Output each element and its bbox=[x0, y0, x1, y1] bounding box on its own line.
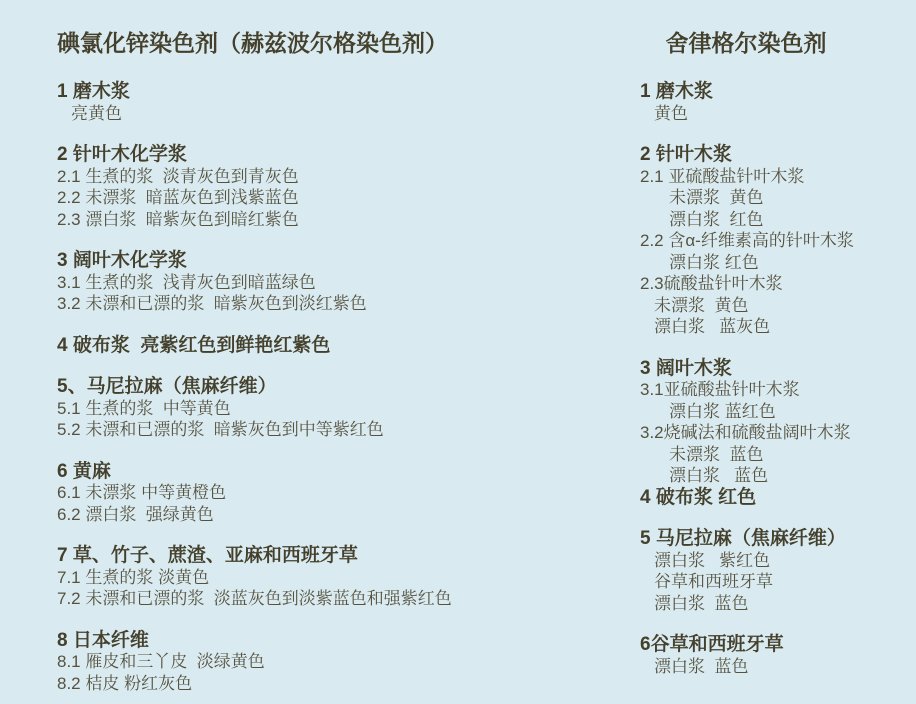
section-line: 未漂浆 黄色 bbox=[640, 187, 852, 209]
section: 1 磨木浆 亮黄色 bbox=[57, 81, 507, 124]
section: 3 阔叶木浆 3.1亚硫酸盐针叶木浆漂白浆 蓝红色3.2烧碱法和硫酸盐阔叶木浆未… bbox=[640, 358, 852, 487]
section-heading: 1 磨木浆 bbox=[640, 81, 852, 103]
section-line: 7.1 生煮的浆 淡黄色 bbox=[57, 567, 507, 589]
section-line: 3.1 生煮的浆 浅青灰色到暗蓝绿色 bbox=[57, 272, 507, 294]
section-heading: 2 针叶木浆 bbox=[640, 144, 852, 166]
section-line: 3.2 未漂和已漂的浆 暗紫灰色到淡红紫色 bbox=[57, 293, 507, 315]
left-column-title: 碘氯化锌染色剂（赫兹波尔格染色剂） bbox=[57, 30, 507, 56]
document-page: 碘氯化锌染色剂（赫兹波尔格染色剂） 1 磨木浆 亮黄色 2 针叶木化学浆 2.1… bbox=[0, 0, 916, 704]
right-column: 舍律格尔染色剂 1 磨木浆 黄色 2 针叶木浆 2.1 亚硫酸盐针叶木浆未漂浆 … bbox=[640, 30, 852, 677]
section-line: 6.1 未漂浆 中等黄橙色 bbox=[57, 482, 507, 504]
section-heading: 5 马尼拉麻（焦麻纤维） bbox=[640, 528, 852, 550]
section-heading: 5、马尼拉麻（焦麻纤维） bbox=[57, 376, 507, 398]
section-line: 未漂浆 蓝色 bbox=[640, 444, 852, 466]
section: 6谷草和西班牙草 漂白浆 蓝色 bbox=[640, 634, 852, 677]
section: 2 针叶木浆 2.1 亚硫酸盐针叶木浆未漂浆 黄色漂白浆 红色2.2 含α-纤维… bbox=[640, 144, 852, 338]
left-column: 碘氯化锌染色剂（赫兹波尔格染色剂） 1 磨木浆 亮黄色 2 针叶木化学浆 2.1… bbox=[57, 30, 507, 694]
section-heading: 2 针叶木化学浆 bbox=[57, 144, 507, 166]
section-line: 7.2 未漂和已漂的浆 淡蓝灰色到淡紫蓝色和强紫红色 bbox=[57, 588, 507, 610]
section-line: 漂白浆 蓝色 bbox=[640, 593, 852, 615]
section: 4 破布浆 红色 bbox=[640, 487, 852, 509]
section-heading: 1 磨木浆 bbox=[57, 81, 507, 103]
section: 5、马尼拉麻（焦麻纤维） 5.1 生煮的浆 中等黄色5.2 未漂和已漂的浆 暗紫… bbox=[57, 376, 507, 441]
section-line: 2.3 漂白浆 暗紫灰色到暗红紫色 bbox=[57, 209, 507, 231]
section-line: 漂白浆 红色 bbox=[640, 209, 852, 231]
section-line: 3.1亚硫酸盐针叶木浆 bbox=[640, 379, 852, 401]
section-line: 3.2烧碱法和硫酸盐阔叶木浆 bbox=[640, 422, 852, 444]
left-sections: 1 磨木浆 亮黄色 2 针叶木化学浆 2.1 生煮的浆 淡青灰色到青灰色2.2 … bbox=[57, 81, 507, 694]
section-heading: 3 阔叶木化学浆 bbox=[57, 250, 507, 272]
section: 7 草、竹子、蔗渣、亚麻和西班牙草 7.1 生煮的浆 淡黄色7.2 未漂和已漂的… bbox=[57, 545, 507, 610]
section-heading: 6 黄麻 bbox=[57, 461, 507, 483]
section-line: 8.1 雁皮和三丫皮 淡绿黄色 bbox=[57, 651, 507, 673]
section-line: 2.1 亚硫酸盐针叶木浆 bbox=[640, 166, 852, 188]
section-line: 漂白浆 蓝色 bbox=[640, 465, 852, 487]
section-heading: 3 阔叶木浆 bbox=[640, 358, 852, 380]
section-heading: 6谷草和西班牙草 bbox=[640, 634, 852, 656]
section-line: 漂白浆 蓝红色 bbox=[640, 401, 852, 423]
section: 2 针叶木化学浆 2.1 生煮的浆 淡青灰色到青灰色2.2 未漂浆 暗蓝灰色到浅… bbox=[57, 144, 507, 230]
section-line: 2.2 含α-纤维素高的针叶木浆 bbox=[640, 230, 852, 252]
section-line: 8.2 桔皮 粉红灰色 bbox=[57, 673, 507, 695]
right-column-title: 舍律格尔染色剂 bbox=[640, 30, 852, 56]
section-line: 谷草和西班牙草 bbox=[640, 571, 852, 593]
section-heading: 7 草、竹子、蔗渣、亚麻和西班牙草 bbox=[57, 545, 507, 567]
section-line: 2.2 未漂浆 暗蓝灰色到浅紫蓝色 bbox=[57, 187, 507, 209]
section: 5 马尼拉麻（焦麻纤维） 漂白浆 紫红色谷草和西班牙草漂白浆 蓝色 bbox=[640, 528, 852, 614]
section-line: 漂白浆 紫红色 bbox=[640, 550, 852, 572]
section-line: 未漂浆 黄色 bbox=[640, 295, 852, 317]
section: 3 阔叶木化学浆 3.1 生煮的浆 浅青灰色到暗蓝绿色3.2 未漂和已漂的浆 暗… bbox=[57, 250, 507, 315]
section-heading: 4 破布浆 红色 bbox=[640, 487, 852, 509]
section: 6 黄麻 6.1 未漂浆 中等黄橙色6.2 漂白浆 强绿黄色 bbox=[57, 461, 507, 526]
section-line: 2.3硫酸盐针叶木浆 bbox=[640, 273, 852, 295]
section-line: 漂白浆 红色 bbox=[640, 252, 852, 274]
section: 8 日本纤维 8.1 雁皮和三丫皮 淡绿黄色8.2 桔皮 粉红灰色 bbox=[57, 630, 507, 695]
section-line: 亮黄色 bbox=[57, 103, 507, 125]
section-line: 漂白浆 蓝灰色 bbox=[640, 316, 852, 338]
section-line: 漂白浆 蓝色 bbox=[640, 656, 852, 678]
section: 4 破布浆 亮紫红色到鲜艳红紫色 bbox=[57, 335, 507, 357]
section-line: 5.1 生煮的浆 中等黄色 bbox=[57, 398, 507, 420]
section-line: 5.2 未漂和已漂的浆 暗紫灰色到中等紫红色 bbox=[57, 419, 507, 441]
section-line: 6.2 漂白浆 强绿黄色 bbox=[57, 504, 507, 526]
section-line: 2.1 生煮的浆 淡青灰色到青灰色 bbox=[57, 166, 507, 188]
section: 1 磨木浆 黄色 bbox=[640, 81, 852, 124]
section-heading: 4 破布浆 亮紫红色到鲜艳红紫色 bbox=[57, 335, 507, 357]
section-line: 黄色 bbox=[640, 103, 852, 125]
section-heading: 8 日本纤维 bbox=[57, 630, 507, 652]
right-sections: 1 磨木浆 黄色 2 针叶木浆 2.1 亚硫酸盐针叶木浆未漂浆 黄色漂白浆 红色… bbox=[640, 81, 852, 677]
